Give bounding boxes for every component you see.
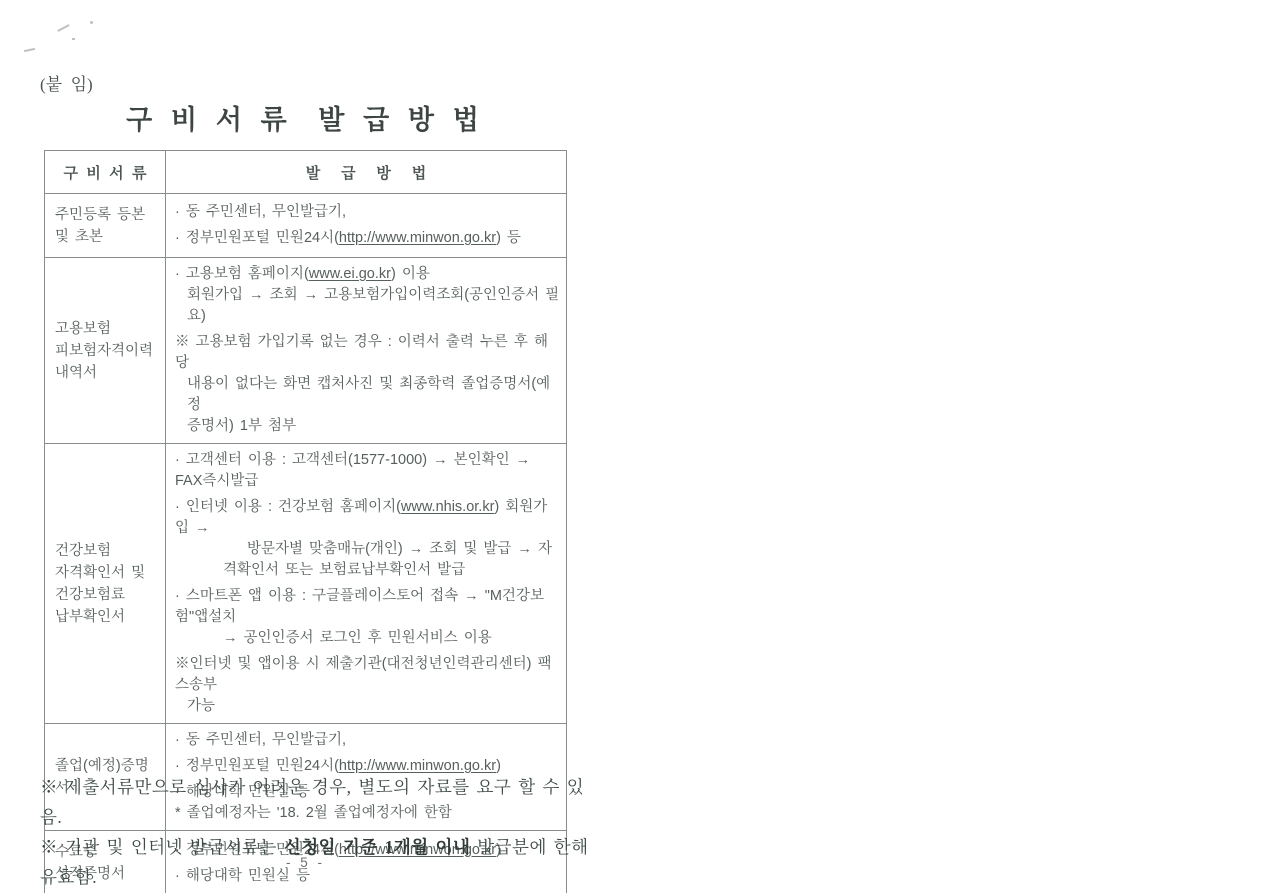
header-issuance-method: 발 급 방 법 (166, 151, 567, 194)
table-row: 주민등록 등본및 초본· 동 주민센터, 무인발급기,· 정부민원포털 민원24… (45, 194, 567, 258)
table-row: 고용보험피보험자격이력내역서· 고용보험 홈페이지(www.ei.go.kr) … (45, 258, 567, 444)
method-line: 내용이 없다는 화면 캡처사진 및 최종학력 졸업증명서(예정 (175, 374, 561, 416)
method-line: 격확인서 또는 보험료납부확인서 발급 (175, 560, 561, 581)
table-row: 건강보험자격확인서 및건강보험료납부확인서· 고객센터 이용 : 고객센터(15… (45, 444, 567, 724)
document-name-line: 피보험자격이력 (55, 340, 159, 362)
method-line: · 동 주민센터, 무인발급기, (175, 202, 561, 223)
method-line: · 스마트폰 앱 이용 : 구글플레이스토어 접속 → "M건강보험"앱설치 (175, 586, 561, 628)
issuance-method-cell: · 동 주민센터, 무인발급기,· 정부민원포털 민원24시(http://ww… (166, 194, 567, 258)
document-name-line: 및 초본 (55, 226, 159, 248)
url-text: www.ei.go.kr (309, 266, 391, 282)
method-line: · 인터넷 이용 : 건강보험 홈페이지(www.nhis.or.kr) 회원가… (175, 497, 561, 539)
attachment-label: (붙 임) (40, 70, 93, 95)
issuance-method-cell: · 고객센터 이용 : 고객센터(1577-1000) → 본인확인 → FAX… (166, 444, 567, 724)
document-name-cell: 건강보험자격확인서 및건강보험료납부확인서 (45, 444, 166, 724)
page-number: - 5 - (44, 855, 567, 870)
notes-section: ※ 제출서류만으로 심사가 어려운 경우, 별도의 자료를 요구 할 수 있음.… (40, 772, 600, 892)
scanned-page: (붙 임) 구 비 서 류 발 급 방 법 구 비 서 류 발 급 방 법 주민… (0, 0, 1264, 893)
method-line: 가능 (175, 696, 561, 717)
header-required-documents: 구 비 서 류 (45, 151, 166, 194)
url-text: www.nhis.or.kr (401, 499, 494, 515)
document-name-line: 고용보험 (55, 318, 159, 340)
method-line: 회원가입 → 조회 → 고용보험가입이력조회(공인인증서 필요) (175, 285, 561, 327)
document-name-line: 주민등록 등본 (55, 204, 159, 226)
url-text: http://www.minwon.go.kr (339, 230, 496, 246)
footnote-line: ※ 제출서류만으로 심사가 어려운 경우, 별도의 자료를 요구 할 수 있음. (40, 772, 600, 832)
document-name-cell: 주민등록 등본및 초본 (45, 194, 166, 258)
method-line: · 동 주민센터, 무인발급기, (175, 730, 561, 751)
page-title: 구 비 서 류 발 급 방 법 (44, 98, 567, 137)
document-name-line: 자격확인서 및 (55, 562, 159, 584)
emphasized-text: 신청일 기준 1개월 이내 (284, 837, 471, 857)
method-line: ※ 고용보험 가입기록 없는 경우 : 이력서 출력 누른 후 해당 (175, 332, 561, 374)
document-name-line: 건강보험료 (55, 584, 159, 606)
method-line: 증명서) 1부 첨부 (175, 416, 561, 437)
document-name-line: 납부확인서 (55, 606, 159, 628)
scan-artifact (90, 21, 93, 24)
scan-artifact (72, 38, 75, 40)
table-header-row: 구 비 서 류 발 급 방 법 (45, 151, 567, 194)
document-name-line: 건강보험 (55, 540, 159, 562)
method-line: · 고객센터 이용 : 고객센터(1577-1000) → 본인확인 → FAX… (175, 450, 561, 492)
document-name-line: 내역서 (55, 362, 159, 384)
issuance-method-cell: · 고용보험 홈페이지(www.ei.go.kr) 이용회원가입 → 조회 → … (166, 258, 567, 444)
document-name-cell: 고용보험피보험자격이력내역서 (45, 258, 166, 444)
method-line: → 공인인증서 로그인 후 민원서비스 이용 (175, 628, 561, 649)
method-line: ※인터넷 및 앱이용 시 제출기관(대전청년인력관리센터) 팩스송부 (175, 654, 561, 696)
method-line: · 고용보험 홈페이지(www.ei.go.kr) 이용 (175, 264, 561, 285)
scan-artifact (24, 48, 35, 52)
method-line: · 정부민원포털 민원24시(http://www.minwon.go.kr) … (175, 228, 561, 249)
scan-artifact (57, 24, 69, 32)
method-line: 방문자별 맞춤매뉴(개인) → 조회 및 발급 → 자 (175, 539, 561, 560)
